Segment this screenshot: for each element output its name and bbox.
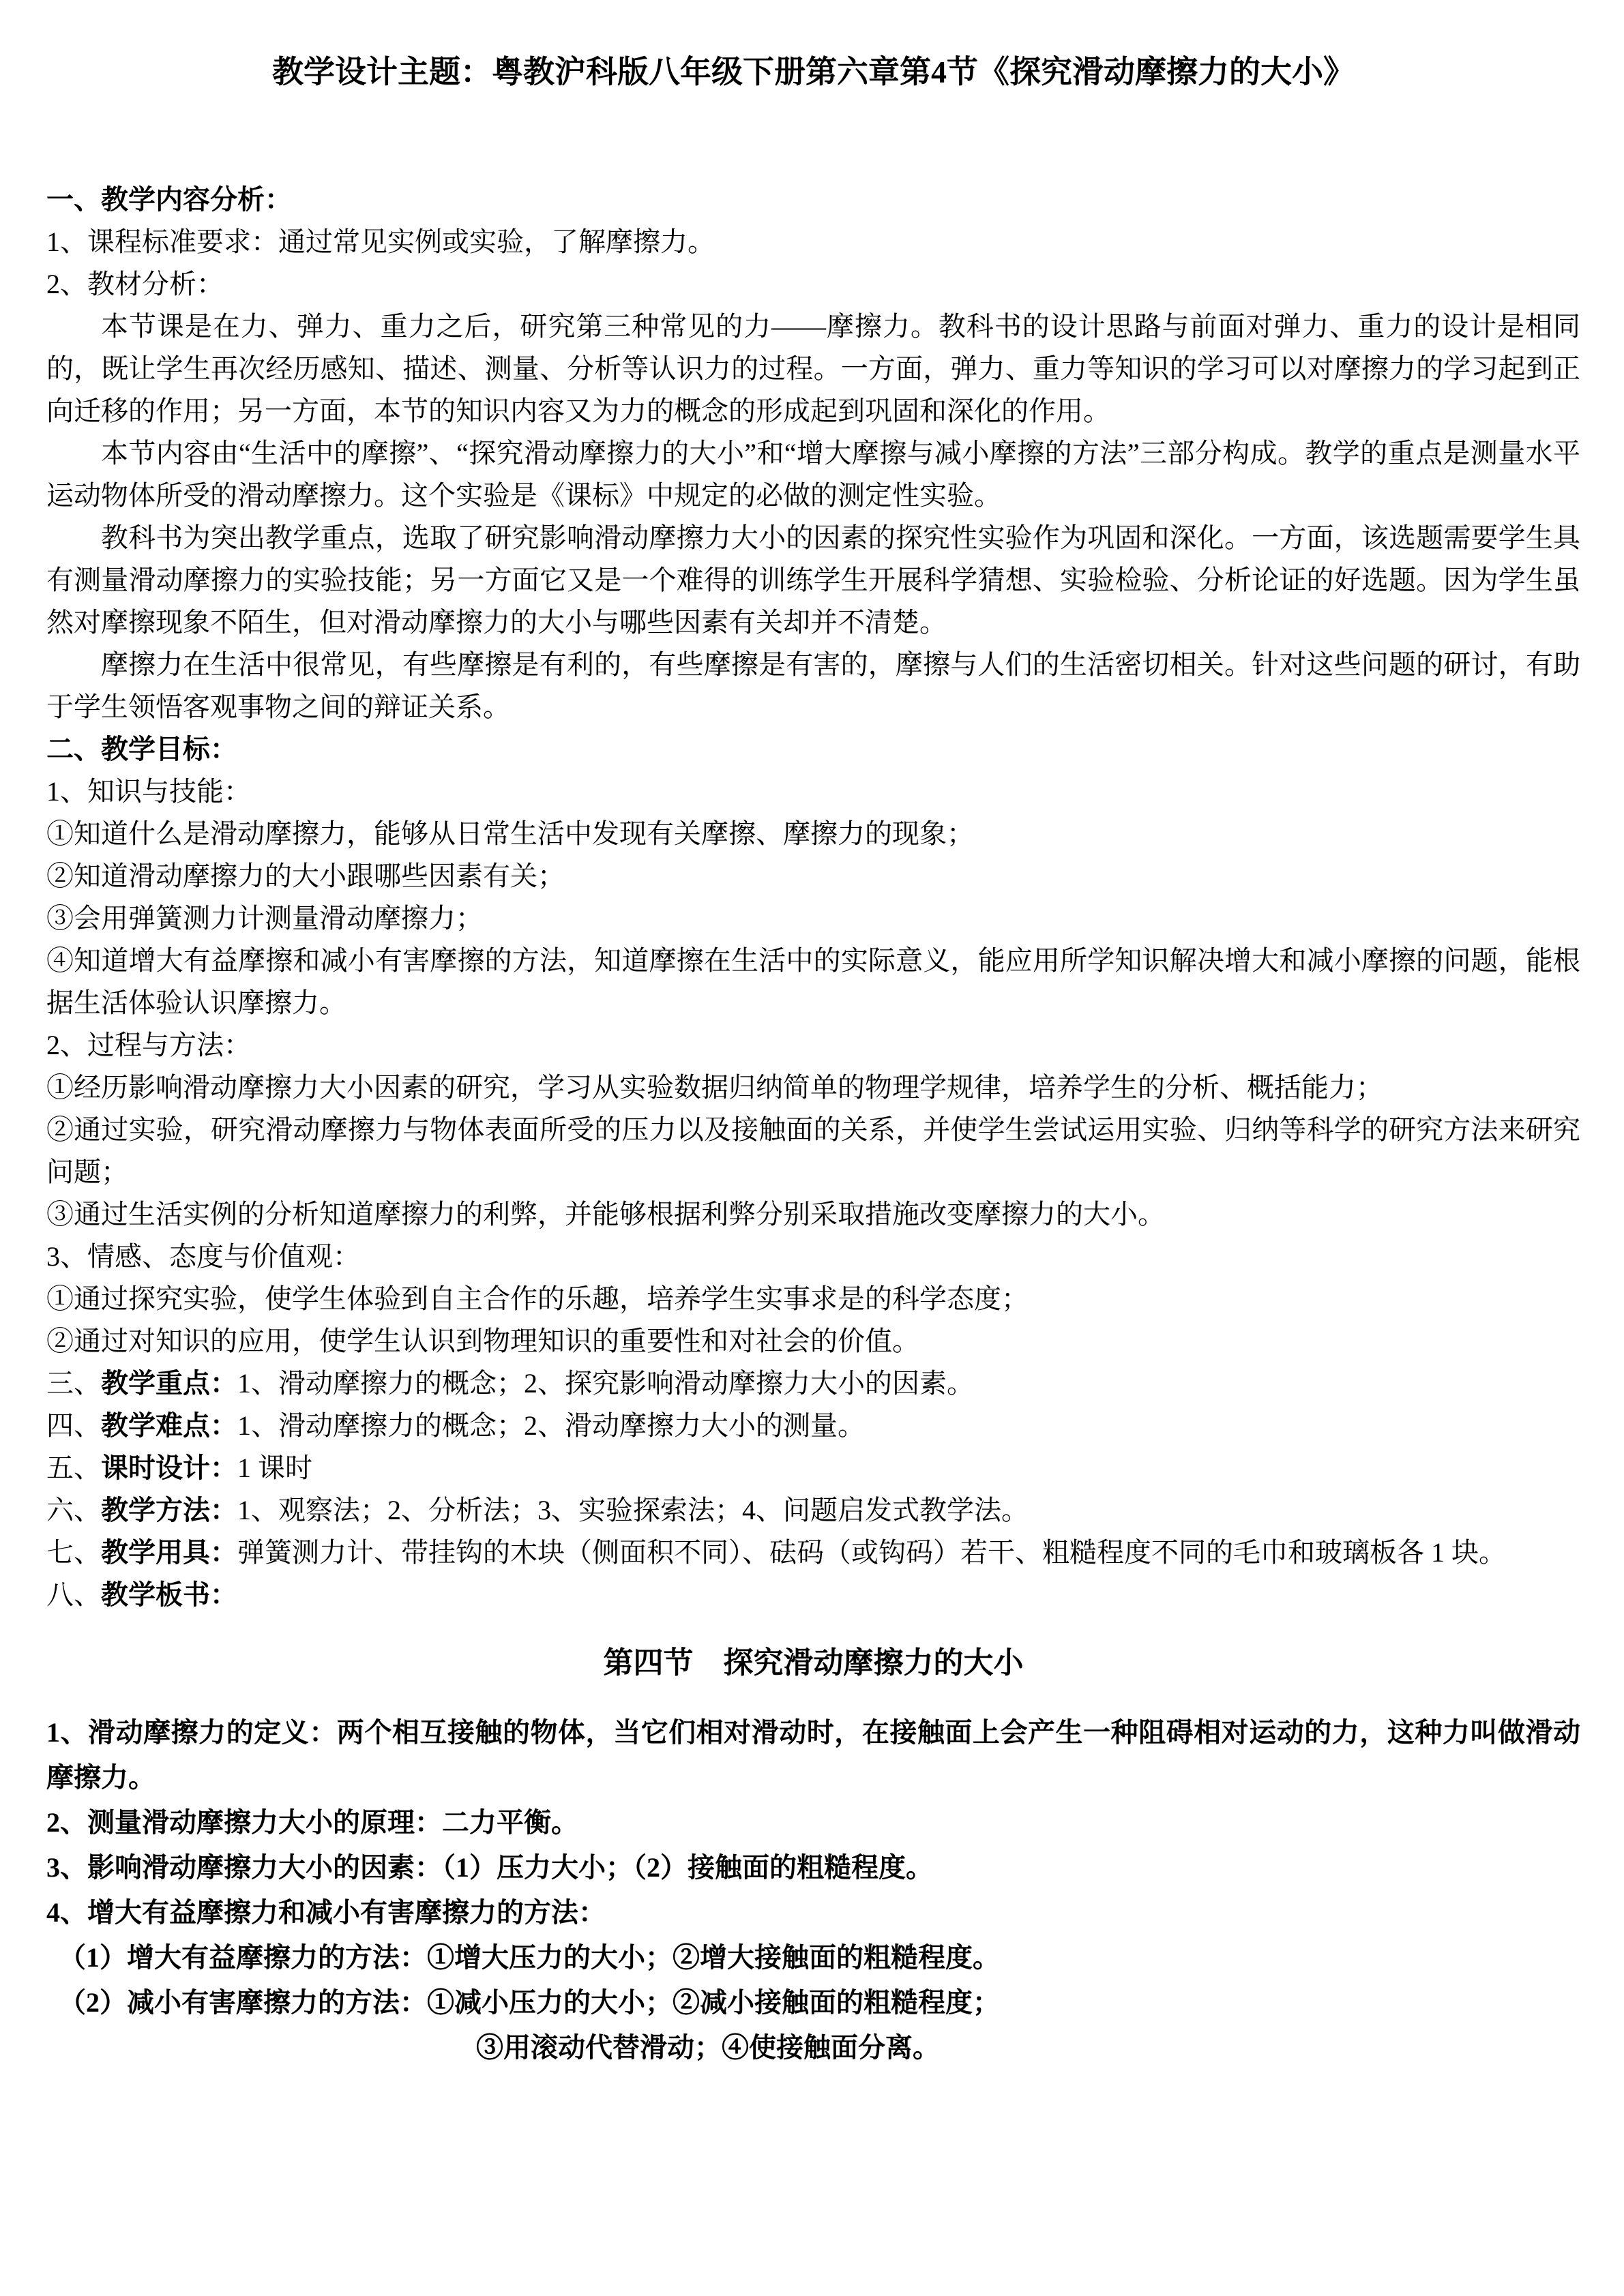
section2-sub1-item-1: ①知道什么是滑动摩擦力，能够从日常生活中发现有关摩擦、摩擦力的现象； <box>46 813 1580 855</box>
board-line-principle: 2、测量滑动摩擦力大小的原理：二力平衡。 <box>46 1800 1580 1845</box>
section6-teaching-methods: 六、教学方法：1、观察法；2、分析法；3、实验探索法；4、问题启发式教学法。 <box>46 1489 1580 1532</box>
section1-paragraph-1: 本节课是在力、弹力、重力之后，研究第三种常见的力——摩擦力。教科书的设计思路与前… <box>46 305 1580 432</box>
section2-sub1-item-3: ③会用弹簧测力计测量滑动摩擦力； <box>46 897 1580 940</box>
section4-label: 教学难点： <box>101 1410 237 1441</box>
board-line-decrease-methods: （2）减小有害摩擦力的方法：①减小压力的大小；②减小接触面的粗糙程度； <box>59 1980 1580 2025</box>
section7-prefix: 七、 <box>46 1537 101 1568</box>
section2-sub2-item-1: ①经历影响滑动摩擦力大小因素的研究，学习从实验数据归纳简单的物理学规律，培养学生… <box>46 1067 1580 1109</box>
board-line-factors: 3、影响滑动摩擦力大小的因素：（1）压力大小；（2）接触面的粗糙程度。 <box>46 1845 1580 1890</box>
section1-paragraph-4: 摩擦力在生活中很常见，有些摩擦是有利的，有些摩擦是有害的，摩擦与人们的生活密切相… <box>46 644 1580 728</box>
section3-key-points: 三、教学重点：1、滑动摩擦力的概念；2、探究影响滑动摩擦力大小的因素。 <box>46 1362 1580 1405</box>
section1-course-standard: 1、课程标准要求：通过常见实例或实验，了解摩擦力。 <box>46 221 1580 263</box>
document-page: 教学设计主题：粤教沪科版八年级下册第六章第4节《探究滑动摩擦力的大小》 一、教学… <box>0 0 1624 2296</box>
section4-text: 1、滑动摩擦力的概念；2、滑动摩擦力大小的测量。 <box>237 1410 865 1441</box>
section6-text: 1、观察法；2、分析法；3、实验探索法；4、问题启发式教学法。 <box>237 1495 1029 1525</box>
section2-sub2-label: 2、过程与方法： <box>46 1024 1580 1067</box>
section5-label: 课时设计： <box>101 1452 237 1483</box>
section3-prefix: 三、 <box>46 1368 101 1399</box>
board-title: 第四节 探究滑动摩擦力的大小 <box>46 1645 1580 1682</box>
section8-label: 教学板书： <box>101 1579 237 1610</box>
document-title: 教学设计主题：粤教沪科版八年级下册第六章第4节《探究滑动摩擦力的大小》 <box>46 53 1580 91</box>
section2-sub2-item-3: ③通过生活实例的分析知道摩擦力的利弊，并能够根据利弊分别采取措施改变摩擦力的大小… <box>46 1193 1580 1236</box>
blackboard-design: 第四节 探究滑动摩擦力的大小 1、滑动摩擦力的定义：两个相互接触的物体，当它们相… <box>46 1645 1580 2070</box>
section2-heading: 二、教学目标： <box>46 728 1580 771</box>
section2-sub2-item-2: ②通过实验，研究滑动摩擦力与物体表面所受的压力以及接触面的关系，并使学生尝试运用… <box>46 1109 1580 1193</box>
section2-sub1-item-2: ②知道滑动摩擦力的大小跟哪些因素有关； <box>46 855 1580 897</box>
section2-sub3-label: 3、情感、态度与价值观： <box>46 1236 1580 1278</box>
section6-prefix: 六、 <box>46 1495 101 1525</box>
section5-text: 1 课时 <box>237 1452 312 1483</box>
section5-lesson-hours: 五、课时设计：1 课时 <box>46 1447 1580 1489</box>
section3-text: 1、滑动摩擦力的概念；2、探究影响滑动摩擦力大小的因素。 <box>237 1368 974 1399</box>
section6-label: 教学方法： <box>101 1495 237 1525</box>
section7-text: 弹簧测力计、带挂钩的木块（侧面积不同）、砝码（或钩码）若干、粗糙程度不同的毛巾和… <box>237 1537 1506 1568</box>
section2-sub3-item-2: ②通过对知识的应用，使学生认识到物理知识的重要性和对社会的价值。 <box>46 1320 1580 1362</box>
section2-sub1-item-4: ④知道增大有益摩擦和减小有害摩擦的方法，知道摩擦在生活中的实际意义，能应用所学知… <box>46 940 1580 1024</box>
section4-prefix: 四、 <box>46 1410 101 1441</box>
board-line-methods-heading: 4、增大有益摩擦力和减小有害摩擦力的方法： <box>46 1890 1580 1935</box>
section5-prefix: 五、 <box>46 1452 101 1483</box>
section3-label: 教学重点： <box>101 1368 237 1399</box>
section2-sub3-item-1: ①通过探究实验，使学生体验到自主合作的乐趣，培养学生实事求是的科学态度； <box>46 1278 1580 1320</box>
section8-prefix: 八、 <box>46 1579 101 1610</box>
section7-label: 教学用具： <box>101 1537 237 1568</box>
board-line-definition: 1、滑动摩擦力的定义：两个相互接触的物体，当它们相对滑动时，在接触面上会产生一种… <box>46 1710 1580 1800</box>
section1-material-analysis-label: 2、教材分析： <box>46 263 1580 305</box>
section1-paragraph-2: 本节内容由“生活中的摩擦”、“探究滑动摩擦力的大小”和“增大摩擦与减小摩擦的方法… <box>46 432 1580 517</box>
section4-difficult-points: 四、教学难点：1、滑动摩擦力的概念；2、滑动摩擦力大小的测量。 <box>46 1405 1580 1447</box>
section8-board-writing: 八、教学板书： <box>46 1574 1580 1616</box>
section2-sub1-label: 1、知识与技能： <box>46 771 1580 813</box>
section1-heading: 一、教学内容分析： <box>46 179 1580 221</box>
section7-teaching-tools: 七、教学用具：弹簧测力计、带挂钩的木块（侧面积不同）、砝码（或钩码）若干、粗糙程… <box>46 1532 1580 1574</box>
board-line-increase-methods: （1）增大有益摩擦力的方法：①增大压力的大小；②增大接触面的粗糙程度。 <box>59 1935 1580 1980</box>
board-line-decrease-methods-continued: ③用滚动代替滑动；④使接触面分离。 <box>476 2025 1580 2070</box>
section1-paragraph-3: 教科书为突出教学重点，选取了研究影响滑动摩擦力大小的因素的探究性实验作为巩固和深… <box>46 517 1580 644</box>
